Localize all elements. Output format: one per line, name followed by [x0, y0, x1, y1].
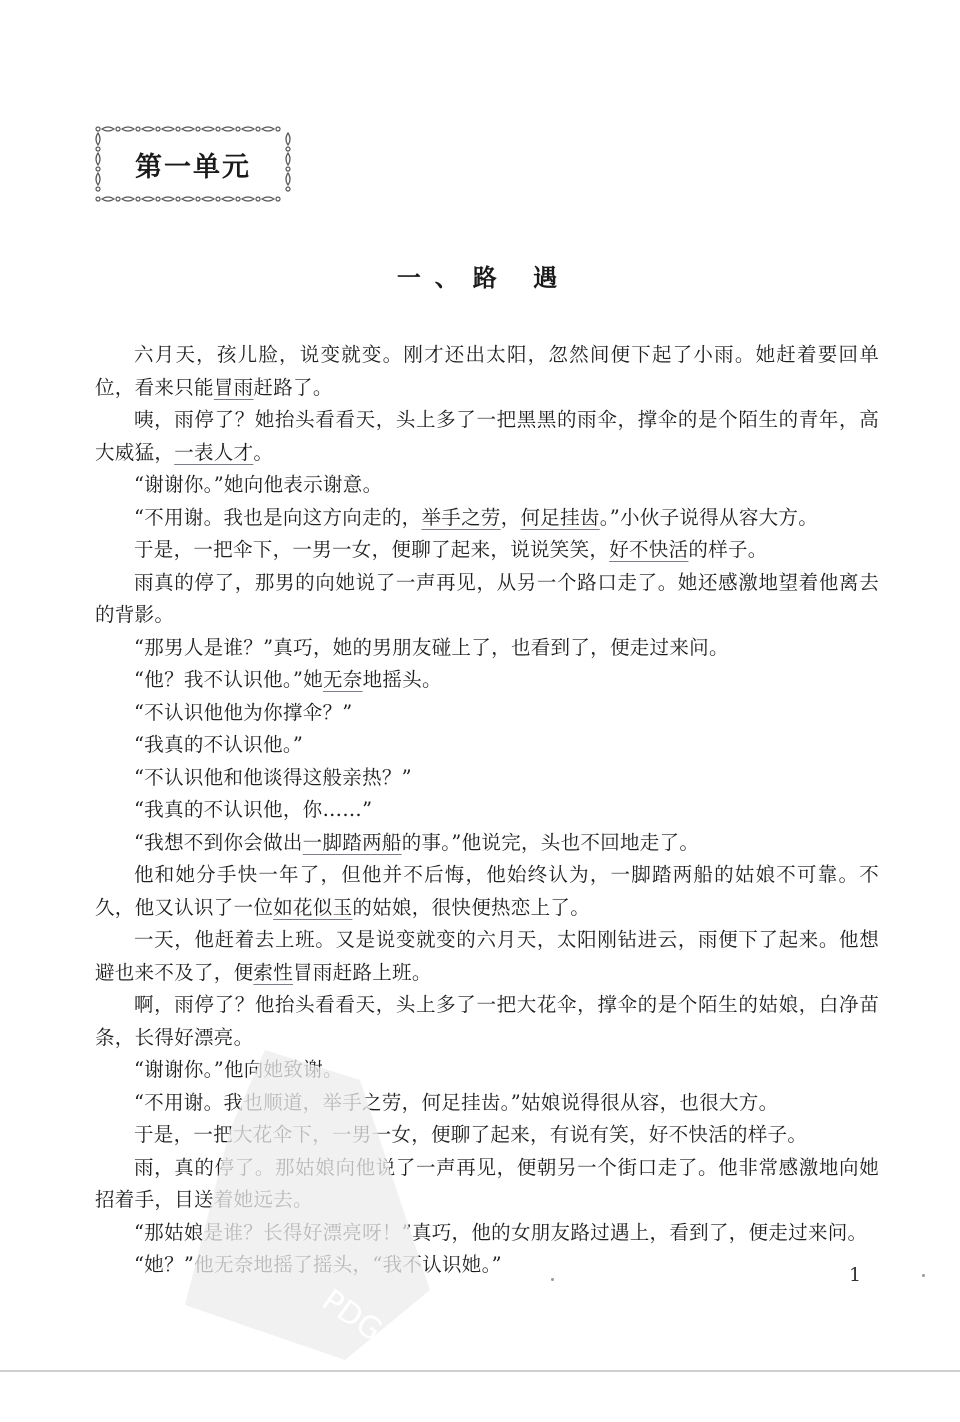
paragraph: “他？我不认识他。”她无奈地摇头。 [95, 664, 879, 697]
paragraph: 他和她分手快一年了，但他并不后悔，他始终认为，一脚踏两船的姑娘不可靠。不久，他又… [95, 859, 879, 924]
article-body: 六月天，孩儿脸，说变就变。刚才还出太阳，忽然间便下起了小雨。她赶着要回单位，看来… [95, 339, 879, 1282]
paragraph: “那男人是谁？”真巧，她的男朋友碰上了，也看到了，便走过来问。 [95, 632, 879, 665]
text-segment: 六月天，孩儿脸，说变就变。刚才还出太阳，忽然间便下起了小雨。她赶着要回单位，看来… [95, 343, 879, 399]
underlined-phrase: 冒雨 [214, 376, 254, 399]
paragraph: 于是，一把伞下，一男一女，便聊了起来，说说笑笑，好不快活的样子。 [95, 534, 879, 567]
text-segment: 于是，一把伞下，一男一女，便聊了起来，说说笑笑， [134, 538, 609, 561]
paragraph: 六月天，孩儿脸，说变就变。刚才还出太阳，忽然间便下起了小雨。她赶着要回单位，看来… [95, 339, 879, 404]
text-segment: “我想不到你会做出 [134, 831, 303, 854]
unit-heading-box: 第一单元 [93, 124, 293, 204]
page-number: 1 [849, 1264, 861, 1286]
text-segment: “那姑娘是谁？长得好漂亮呀！”真巧，他的女朋友路过遇上，看到了，便走过来问。 [134, 1221, 867, 1244]
paragraph: “我真的不认识他，你……” [95, 794, 879, 827]
text-segment: “不用谢。我也是向这方向走的， [134, 506, 421, 529]
text-segment: 的样子。 [688, 538, 767, 561]
underlined-phrase: 好不快活 [609, 538, 688, 561]
text-segment: 雨，真的停了。那姑娘向他说了一声再见，便朝另一个街口走了。他非常感激地向她招着手… [95, 1156, 879, 1212]
text-segment: 啊，雨停了？他抬头看看天，头上多了一把大花伞，撑伞的是个陌生的姑娘，白净苗条，长… [95, 993, 879, 1049]
paragraph: “我真的不认识他。” [95, 729, 879, 762]
text-segment: “那男人是谁？”真巧，她的男朋友碰上了，也看到了，便走过来问。 [134, 636, 729, 659]
scan-speck [551, 1278, 554, 1281]
paragraph: “不用谢。我也是向这方向走的，举手之劳，何足挂齿。”小伙子说得从容大方。 [95, 502, 879, 535]
paragraph: 咦，雨停了？她抬头看看天，头上多了一把黑黑的雨伞，撑伞的是个陌生的青年，高大威猛… [95, 404, 879, 469]
text-segment: “不认识他和他谈得这般亲热？” [134, 766, 412, 789]
text-segment: 的事。”他说完，头也不回地走了。 [402, 831, 700, 854]
text-segment: 雨真的停了，那男的向她说了一声再见，从另一个路口走了。她还感激地望着他离去的背影… [95, 571, 879, 627]
paragraph: 雨，真的停了。那姑娘向他说了一声再见，便朝另一个街口走了。他非常感激地向她招着手… [95, 1152, 879, 1217]
svg-text:PDG: PDG [315, 1283, 388, 1349]
underlined-phrase: 何足挂齿 [521, 506, 600, 529]
unit-heading: 第一单元 [135, 145, 251, 184]
paragraph: 一天，他赶着去上班。又是说变就变的六月天，太阳刚钻进云，雨便下了起来。他想避也来… [95, 924, 879, 989]
paragraph: “不认识他和他谈得这般亲热？” [95, 762, 879, 795]
text-segment: 的姑娘，很快便热恋上了。 [352, 896, 590, 919]
paragraph: “谢谢你。”她向他表示谢意。 [95, 469, 879, 502]
page-bottom-rule [0, 1370, 960, 1372]
underlined-phrase: 索性 [253, 961, 293, 984]
lesson-title: 一、路 遇 [0, 258, 960, 293]
text-segment: “我真的不认识他。” [134, 733, 303, 756]
text-segment: “她？”他无奈地摇了摇头，“我不认识她。” [134, 1253, 502, 1276]
paragraph: “不用谢。我也顺道，举手之劳，何足挂齿。”姑娘说得很从容，也很大方。 [95, 1087, 879, 1120]
paragraph: 啊，雨停了？他抬头看看天，头上多了一把大花伞，撑伞的是个陌生的姑娘，白净苗条，长… [95, 989, 879, 1054]
text-segment: “谢谢你。”他向她致谢。 [134, 1058, 343, 1081]
paragraph: 于是，一把大花伞下，一男一女，便聊了起来，有说有笑，好不快活的样子。 [95, 1119, 879, 1152]
paragraph: “我想不到你会做出一脚踏两船的事。”他说完，头也不回地走了。 [95, 827, 879, 860]
text-segment: ， [501, 506, 521, 529]
text-segment: 冒雨赶路上班。 [293, 961, 432, 984]
text-segment: 。”小伙子说得从容大方。 [600, 506, 818, 529]
text-segment: “我真的不认识他，你……” [134, 798, 372, 821]
underlined-phrase: 如花似玉 [273, 896, 352, 919]
paragraph: “谢谢你。”他向她致谢。 [95, 1054, 879, 1087]
underlined-phrase: 无奈 [323, 668, 363, 691]
text-segment: “谢谢你。”她向他表示谢意。 [134, 473, 382, 496]
paragraph: “她？”他无奈地摇了摇头，“我不认识她。” [95, 1249, 879, 1282]
underlined-phrase: 一表人才 [174, 441, 253, 464]
text-segment: 赶路了。 [253, 376, 332, 399]
text-segment: “不认识他他为你撑伞？” [134, 701, 353, 724]
paragraph: 雨真的停了，那男的向她说了一声再见，从另一个路口走了。她还感激地望着他离去的背影… [95, 567, 879, 632]
text-segment: 于是，一把大花伞下，一男一女，便聊了起来，有说有笑，好不快活的样子。 [134, 1123, 807, 1146]
text-segment: 一天，他赶着去上班。又是说变就变的六月天，太阳刚钻进云，雨便下了起来。他想避也来… [95, 928, 879, 984]
text-segment: “他？我不认识他。”她 [134, 668, 323, 691]
text-segment: 地摇头。 [363, 668, 442, 691]
underlined-phrase: 一脚踏两船 [303, 831, 402, 854]
paragraph: “不认识他他为你撑伞？” [95, 697, 879, 730]
paragraph: “那姑娘是谁？长得好漂亮呀！”真巧，他的女朋友路过遇上，看到了，便走过来问。 [95, 1217, 879, 1250]
underlined-phrase: 举手之劳 [421, 506, 500, 529]
scan-speck [922, 1274, 925, 1277]
text-segment: 。 [253, 441, 273, 464]
text-segment: “不用谢。我也顺道，举手之劳，何足挂齿。”姑娘说得很从容，也很大方。 [134, 1091, 778, 1114]
